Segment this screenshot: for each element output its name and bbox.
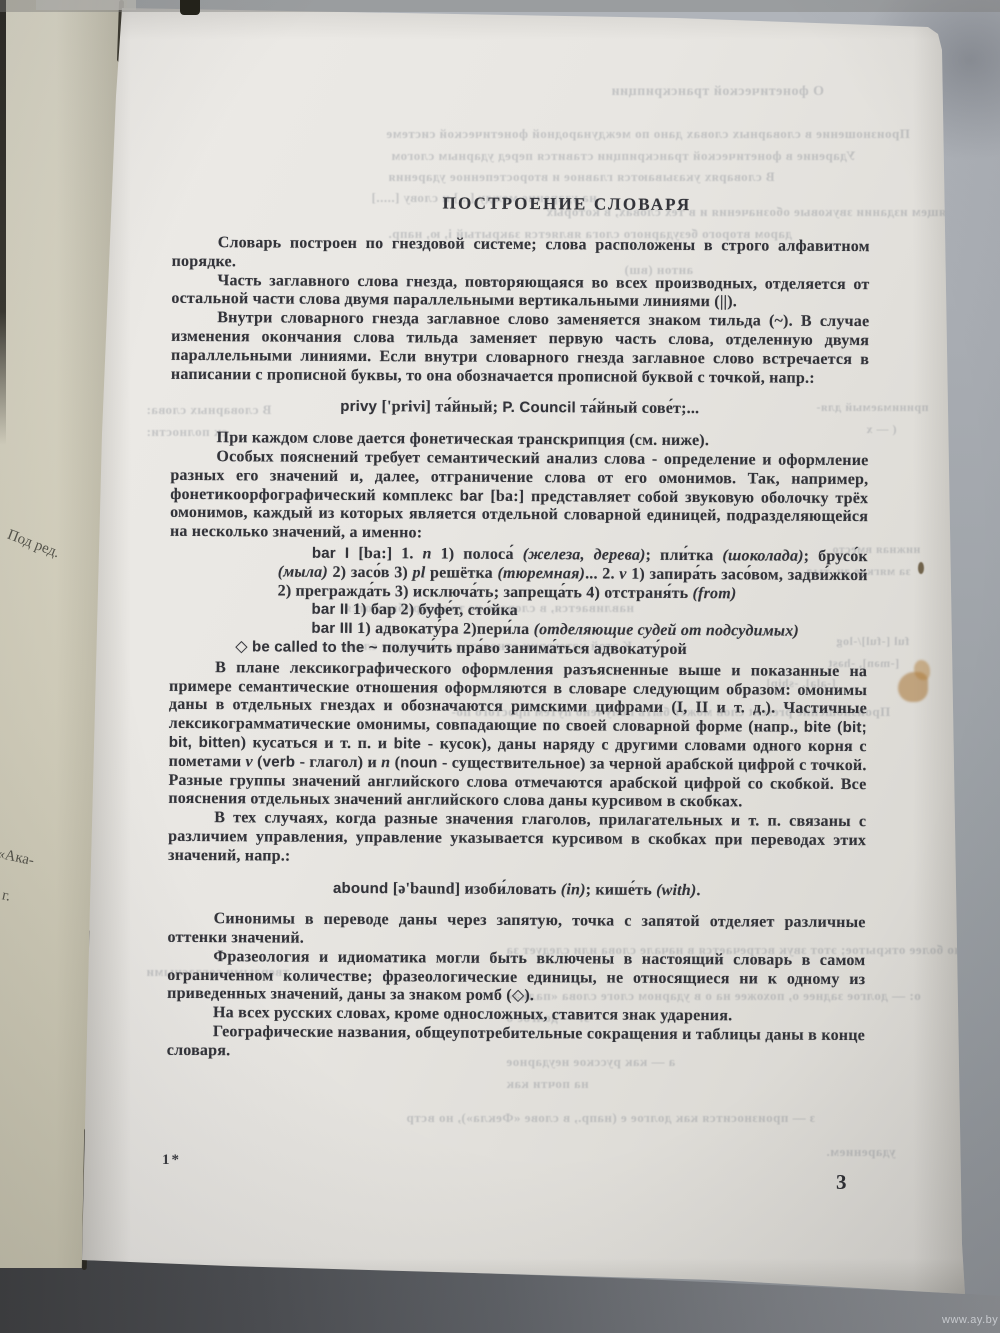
text-segment: pl: [413, 564, 426, 581]
text-segment: bar III: [311, 620, 357, 637]
paragraph: Внутри словарного гнезда заглавное слово…: [171, 309, 869, 388]
dictionary-page: О фонетической транскрипцииПроизношение …: [76, 4, 968, 1300]
text-segment: Словарь построен по гнездовой системе; с…: [172, 234, 870, 270]
text-segment: v: [619, 565, 626, 582]
text-segment: (тюремная): [497, 565, 585, 583]
text-segment: ['privi] та́йный;: [381, 399, 502, 417]
text-segment: bite: [804, 719, 837, 736]
paragraph: Часть заглавного слова гнезда, повторяющ…: [171, 271, 869, 313]
ghost-text-line: з — произносится как долгое е (напр., в …: [406, 1110, 815, 1126]
text-segment: (in): [561, 881, 586, 898]
text-segment: abound: [333, 879, 393, 896]
prev-page-text-editor: Под ред.: [5, 527, 62, 562]
text-segment: 1) полоса́: [432, 545, 523, 563]
paragraph: Синонимы в переводе даны через запятую, …: [167, 910, 865, 952]
page-number: 3: [836, 1170, 847, 1195]
paragraph: Географические названия, общеупотребител…: [167, 1023, 865, 1065]
ghost-text-line: ударением.: [826, 1144, 896, 1160]
text-segment: В тех случаях, когда разные значения гла…: [168, 809, 866, 864]
page-title: ПОСТРОЕНИЕ СЛОВАРЯ: [218, 192, 916, 216]
text-segment: noun: [400, 754, 442, 771]
text-segment: n: [381, 754, 394, 771]
text-segment: ◇: [235, 638, 252, 655]
page-content: ПОСТРОЕНИЕ СЛОВАРЯ Словарь построен по г…: [167, 2, 871, 1065]
text-segment: P. Council: [502, 399, 580, 416]
text-segment: be called to the ~: [252, 638, 382, 656]
text-segment: n: [423, 545, 432, 562]
text-segment: (from): [692, 585, 736, 602]
spine-notch: [180, 0, 200, 15]
text-segment: (мыла): [278, 563, 328, 580]
text-segment: [ə'baund] изоби́ловать: [393, 880, 561, 898]
dictionary-example-privy: privy ['privi] та́йный; P. Council та́йн…: [171, 397, 869, 420]
text-segment: Внутри словарного гнезда заглавное слово…: [171, 309, 869, 386]
text-segment: (отделяющие судей от подсудимых): [534, 621, 800, 640]
text-segment: 1) адвокату́ра 2)пери́ла: [357, 620, 534, 638]
text-segment: 1) бар 2) буфе́т, сто́йка: [353, 601, 518, 619]
paragraph: Особых пояснений требует семантический а…: [170, 448, 869, 546]
text-segment: Фразеология и идиоматика могли быть вклю…: [167, 948, 865, 1005]
book-photo: Под ред. м «Ака- г. О фонетической транс…: [0, 0, 1000, 1333]
watermark: www.ay.by: [942, 1314, 998, 1326]
paragraph: Словарь построен по гнездовой системе; с…: [172, 234, 870, 276]
dictionary-example-abound: abound [ə'baund] изоби́ловать (in); кише…: [168, 878, 866, 901]
paragraph: В плане лексикографического оформления р…: [168, 659, 867, 814]
text-segment: Синонимы в переводе даны через запятую, …: [167, 910, 865, 946]
text-segment: (шоколада): [722, 547, 803, 564]
text-segment: [ba:] 1.: [358, 545, 422, 562]
text-segment: ; пли́тка: [646, 547, 723, 564]
text-segment: verb: [263, 753, 300, 770]
text-segment: bar I: [312, 545, 359, 562]
dictionary-entry-bar: bar I [ba:] 1. n 1) полоса́ (железа, дер…: [169, 544, 868, 661]
prev-page-text-year: г.: [0, 887, 12, 905]
text-segment: .: [696, 882, 700, 899]
prev-page-text-publisher: м «Ака-: [0, 843, 36, 870]
text-segment: 2) засо́в 3): [328, 564, 413, 582]
text-segment: та́йный сове́т;...: [580, 400, 699, 418]
book-cover-edge: [0, 0, 6, 445]
bar-entry-1: bar I [ba:] 1. n 1) полоса́ (железа, дер…: [170, 544, 868, 605]
text-segment: При каждом слове дается фонетическая тра…: [217, 429, 710, 449]
text-segment: privy: [340, 398, 381, 415]
text-segment: ; кише́ть: [586, 881, 657, 898]
ghost-text-line: ( — х: [866, 422, 897, 437]
text-segment: bite: [394, 735, 428, 752]
signature-mark: 1*: [162, 1152, 181, 1169]
text-segment: bar: [460, 487, 491, 504]
text-segment: (with): [656, 881, 696, 898]
photo-top-strip: [0, 0, 1000, 12]
page-stain: [914, 660, 930, 680]
text-segment: На всех русских словах, кроме односложны…: [213, 1004, 732, 1024]
text-segment: Часть заглавного слова гнезда, повторяющ…: [171, 272, 869, 311]
page-speck: [918, 562, 924, 574]
text-segment: (железа, дерева): [523, 546, 646, 564]
text-segment: Географические названия, общеупотребител…: [167, 1023, 865, 1059]
text-segment: - глагол) и: [300, 753, 382, 770]
text-segment: ; брусо́к: [804, 548, 868, 565]
text-segment: ) кусаться и т. п. и: [241, 734, 394, 752]
text-segment: v: [246, 753, 258, 770]
paragraph: Фразеология и идиоматика могли быть вклю…: [167, 948, 865, 1009]
text-segment: В плане лексикографического оформления р…: [169, 659, 867, 736]
text-segment: решётка: [425, 564, 497, 581]
text-segment: получи́ть пра́во занима́ться адвокату́ро…: [382, 639, 687, 658]
text-segment: ... 2.: [585, 565, 619, 582]
text-segment: bar II: [311, 601, 353, 618]
paragraph: В тех случаях, когда разные значения гла…: [168, 809, 866, 870]
ghost-text-line: на почти как: [506, 1076, 589, 1092]
